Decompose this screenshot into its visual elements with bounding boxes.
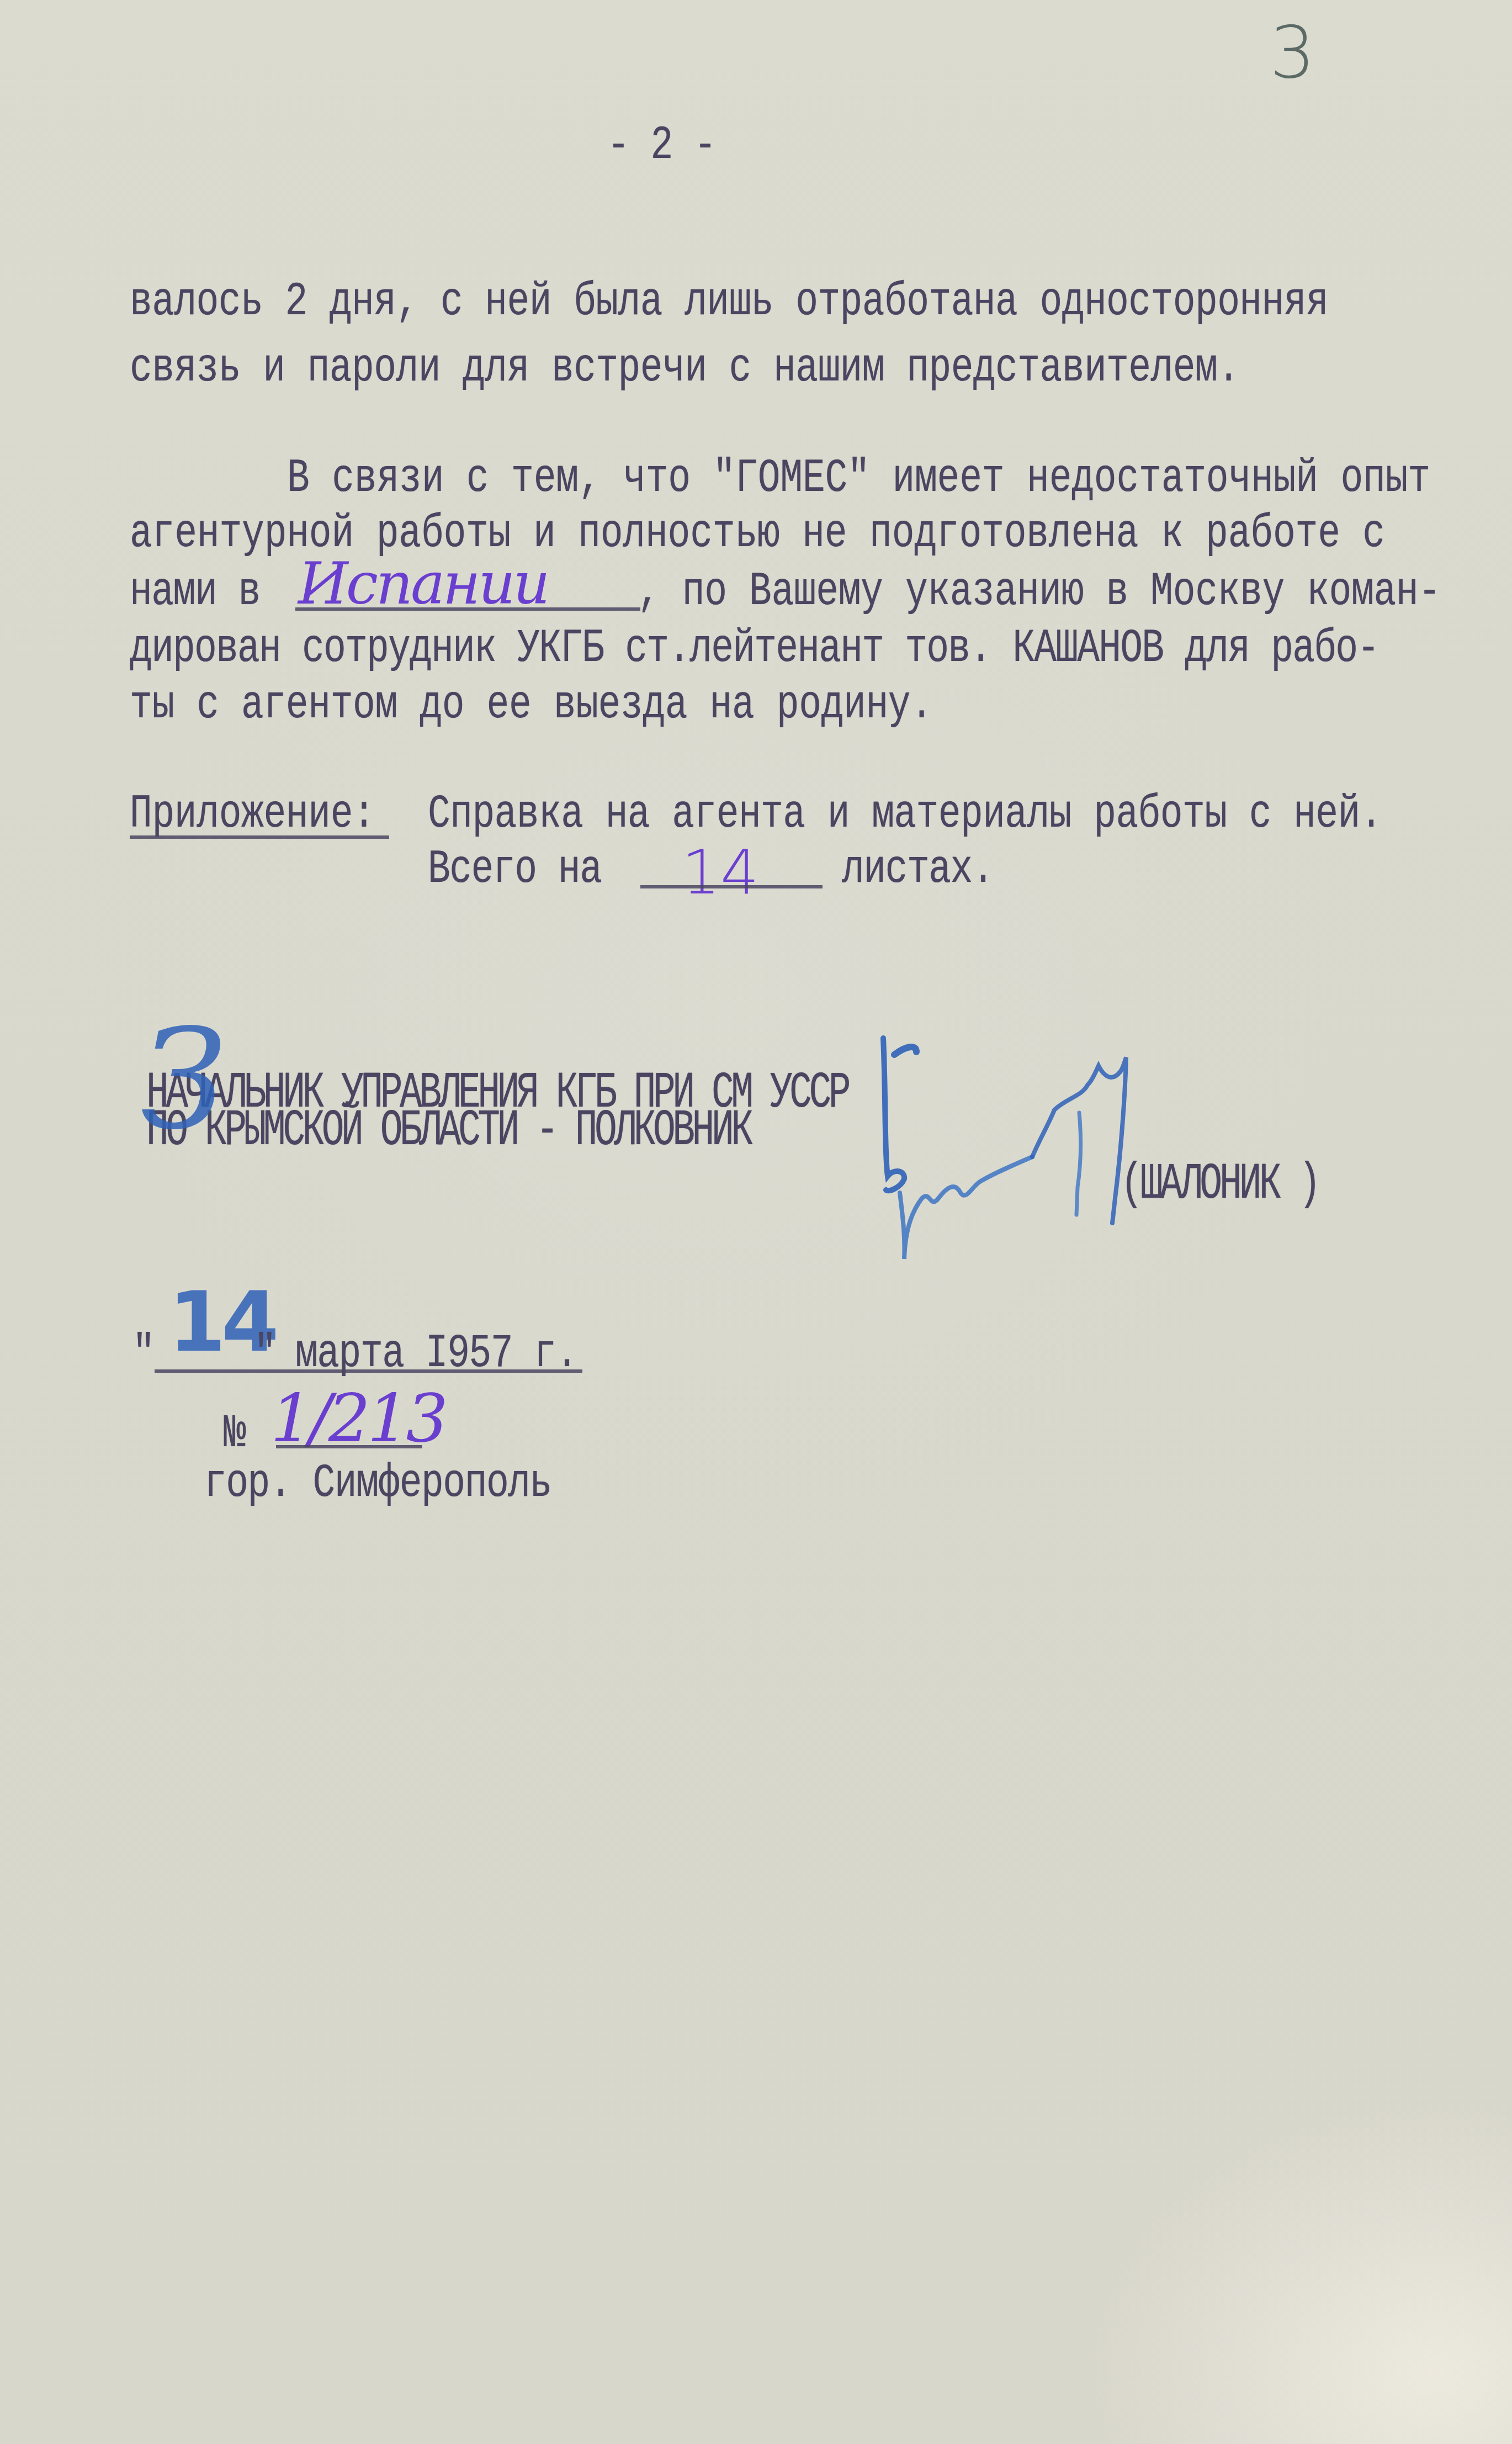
- signer-title-line2: ПО КРЫМСКОЙ ОБЛАСТИ - ПОЛКОВНИК: [146, 1106, 751, 1157]
- signature: [861, 1033, 1281, 1265]
- country-blank-underline: [295, 607, 640, 611]
- date-underline: [155, 1369, 582, 1373]
- number-underline: [276, 1445, 422, 1448]
- attachment-text: Справка на агента и материалы работы с н…: [428, 791, 1382, 838]
- folio-number: 3: [1270, 17, 1315, 88]
- paragraph2-line4: дирован сотрудник УКГБ ст.лейтенант тов.…: [130, 626, 1378, 673]
- paragraph2-line3-prefix: нами в: [130, 569, 260, 616]
- number-label: №: [224, 1411, 245, 1458]
- margin-handwritten-initial: З: [141, 1011, 227, 1149]
- city-line: гор. Симферополь: [204, 1461, 551, 1507]
- attachment-label-underline: [130, 835, 389, 839]
- paragraph2-line3-suffix: , по Вашему указанию в Москву коман-: [638, 569, 1441, 616]
- paragraph2-line5: ты с агентом до ее выезда на родину.: [130, 682, 933, 729]
- attachment-label: Приложение:: [130, 791, 375, 838]
- attachment-total-prefix: Всего на: [428, 847, 601, 893]
- handwritten-country: Испании: [298, 555, 548, 612]
- registration-number-handwritten: 1/213: [270, 1386, 445, 1452]
- paragraph2-line1: В связи с тем, что "ГОМЕС" имеет недоста…: [287, 456, 1430, 502]
- sheet-count-underline: [640, 885, 823, 888]
- page-number: - 2 -: [607, 123, 716, 170]
- date-open-quote: ": [132, 1331, 154, 1378]
- attachment-sheet-count: 14: [682, 842, 759, 903]
- paragraph1-line2: связь и пароли для встречи с нашим предс…: [130, 345, 1239, 392]
- paragraph1-line1: валось 2 дня, с ней была лишь отработана…: [130, 279, 1328, 326]
- attachment-total-suffix: листах.: [842, 847, 994, 893]
